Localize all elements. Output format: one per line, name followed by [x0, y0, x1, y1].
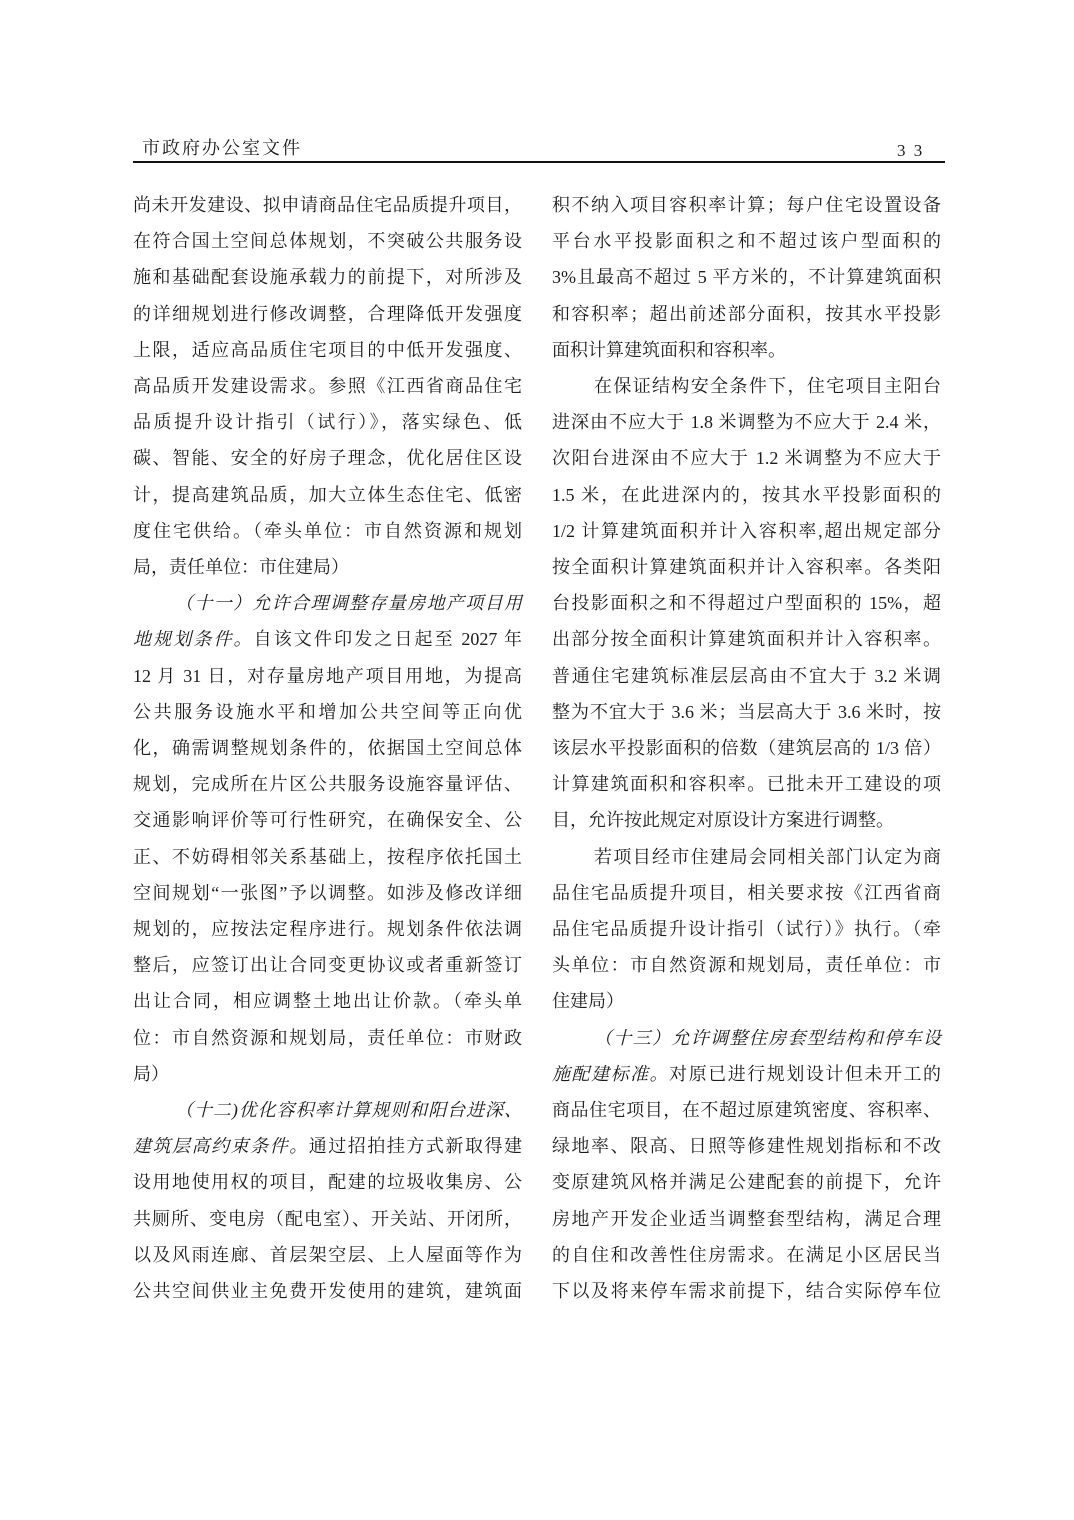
text-line: 品住宅品质提升项目，相关要求按《江西省商	[552, 875, 941, 911]
text-line: 建筑层高约束条件。通过招拍挂方式新取得建	[133, 1128, 522, 1164]
body-text: 位：市自然资源和规划局，责任单位：市财政	[133, 1028, 522, 1048]
text-line: 在保证结构安全条件下，住宅项目主阳台	[552, 368, 941, 404]
text-line: 面积计算建筑面积和容积率。	[552, 332, 941, 368]
document-page: 市政府办公室文件 3 3 尚未开发建设、拟申请商品住宅品质提升项目，在符合国土空…	[0, 0, 1074, 1520]
text-line: 整为不宜大于 3.6 米；当层高大于 3.6 米时，按	[552, 694, 941, 730]
text-line: 施和基础配套设施承载力的前提下，对所涉及	[133, 259, 522, 295]
body-text: 尚未开发建设、拟申请商品住宅品质提升项目，	[133, 195, 522, 215]
text-line: 出让合同，相应调整土地出让价款。（牵头单	[133, 983, 522, 1019]
body-text: 化，确需调整规划条件的，依据国土空间总体	[133, 738, 522, 758]
text-line: 施配建标准。对原已进行规划设计但未开工的	[552, 1056, 941, 1092]
body-text: 1/2 计算建筑面积并计入容积率,超出规定部分	[552, 521, 941, 541]
text-line: 品住宅品质提升设计指引（试行）》执行。（牵	[552, 911, 941, 947]
body-text: 品住宅品质提升设计指引（试行）》执行。（牵	[552, 919, 941, 939]
text-line: 住建局）	[552, 983, 941, 1019]
body-text: 对原已进行规划设计但未开工的	[669, 1064, 941, 1084]
body-text: 台投影面积之和不得超过户型面积的 15%，超	[552, 593, 941, 613]
text-line: 碳、智能、安全的好房子理念，优化居住区设	[133, 440, 522, 476]
body-text: 3%且最高不超过 5 平方米的，不计算建筑面积	[552, 267, 941, 287]
text-line: 品质提升设计指引（试行）》，落实绿色、低	[133, 404, 522, 440]
section-heading-text: 地规划条件。	[133, 629, 254, 649]
body-text: 设用地使用权的项目，配建的垃圾收集房、公	[133, 1172, 522, 1192]
text-line: 商品住宅项目，在不超过原建筑密度、容积率、	[552, 1092, 941, 1128]
text-line: 绿地率、限高、日照等修建性规划指标和不改	[552, 1128, 941, 1164]
text-line: 规划，完成所在片区公共服务设施容量评估、	[133, 766, 522, 802]
body-text: 的自住和改善性住房需求。在满足小区居民当	[552, 1245, 941, 1265]
body-text: 共厕所、变电房（配电室）、开关站、开闭所，	[133, 1209, 522, 1229]
body-text: 品质提升设计指引（试行）》，落实绿色、低	[133, 412, 522, 432]
body-text: 在保证结构安全条件下，住宅项目主阳台	[594, 376, 941, 396]
text-line: 交通影响评价等可行性研究，在确保安全、公	[133, 802, 522, 838]
section-heading-text: （十一）允许合理调整存量房地产项目用	[175, 593, 522, 613]
text-line: 规划的，应按法定程序进行。规划条件依法调	[133, 911, 522, 947]
body-text: 出让合同，相应调整土地出让价款。（牵头单	[133, 991, 522, 1011]
text-line: 设用地使用权的项目，配建的垃圾收集房、公	[133, 1164, 522, 1200]
text-line: 目，允许按此规定对原设计方案进行调整。	[552, 802, 941, 838]
text-line: 的自住和改善性住房需求。在满足小区居民当	[552, 1237, 941, 1273]
text-line: 1.5 米，在此进深内的，按其水平投影面积的	[552, 477, 941, 513]
body-text: 正、不妨碍相邻关系基础上，按程序依托国土	[133, 847, 522, 867]
text-line: 公共服务设施水平和增加公共空间等正向优	[133, 694, 522, 730]
section-heading-text: （十二)优化容积率计算规则和阳台进深、	[175, 1100, 522, 1120]
body-text: 整后，应签订出让合同变更协议或者重新签订	[133, 955, 522, 975]
text-line: 房地产开发企业适当调整套型结构，满足合理	[552, 1201, 941, 1237]
body-text: 次阳台进深由不应大于 1.2 米调整为不应大于	[552, 448, 941, 468]
body-text: 变原建筑风格并满足公建配套的前提下，允许	[552, 1172, 941, 1192]
text-line: （十一）允许合理调整存量房地产项目用	[133, 585, 522, 621]
body-text: 以及风雨连廊、首层架空层、上人屋面等作为	[133, 1245, 522, 1265]
section-heading-text: （十三）允许调整住房套型结构和停车设	[594, 1028, 941, 1048]
body-text: 按全面积计算建筑面积并计入容积率。各类阳	[552, 557, 941, 577]
body-text: 计算建筑面积和容积率。已批未开工建设的项	[552, 774, 941, 794]
text-line: 化，确需调整规划条件的，依据国土空间总体	[133, 730, 522, 766]
header-title: 市政府办公室文件	[142, 134, 302, 160]
text-line: 以及风雨连廊、首层架空层、上人屋面等作为	[133, 1237, 522, 1273]
text-line: 3%且最高不超过 5 平方米的，不计算建筑面积	[552, 259, 941, 295]
text-line: 平台水平投影面积之和不超过该户型面积的	[552, 223, 941, 259]
text-line: 位：市自然资源和规划局，责任单位：市财政	[133, 1020, 522, 1056]
body-text: 该层水平投影面积的倍数（建筑层高的 1/3 倍）	[552, 738, 941, 758]
body-text: 商品住宅项目，在不超过原建筑密度、容积率、	[552, 1100, 941, 1120]
body-text: 进深由不应大于 1.8 米调整为不应大于 2.4 米，	[552, 412, 941, 432]
body-text: 品住宅品质提升项目，相关要求按《江西省商	[552, 883, 941, 903]
page-number: 3 3	[897, 141, 924, 161]
text-line: 局，责任单位：市住建局）	[133, 549, 522, 585]
body-text: 平台水平投影面积之和不超过该户型面积的	[552, 231, 941, 251]
body-text: 在符合国土空间总体规划，不突破公共服务设	[133, 231, 522, 251]
text-line: （十二)优化容积率计算规则和阳台进深、	[133, 1092, 522, 1128]
body-text: 公共服务设施水平和增加公共空间等正向优	[133, 702, 522, 722]
body-text: 空间规划“一张图”予以调整。如涉及修改详细	[133, 883, 522, 903]
text-line: 共厕所、变电房（配电室）、开关站、开闭所，	[133, 1201, 522, 1237]
text-line: 头单位：市自然资源和规划局，责任单位：市	[552, 947, 941, 983]
body-text: 公共空间供业主免费开发使用的建筑，建筑面	[133, 1281, 522, 1301]
text-line: 度住宅供给。（牵头单位：市自然资源和规划	[133, 513, 522, 549]
body-text: 局，责任单位：市住建局）	[133, 557, 349, 577]
body-text: 规划的，应按法定程序进行。规划条件依法调	[133, 919, 522, 939]
text-line: 出部分按全面积计算建筑面积并计入容积率。	[552, 621, 941, 657]
body-text: 交通影响评价等可行性研究，在确保安全、公	[133, 810, 522, 830]
body-text: 住建局）	[552, 991, 624, 1011]
text-line: 变原建筑风格并满足公建配套的前提下，允许	[552, 1164, 941, 1200]
text-line: 空间规划“一张图”予以调整。如涉及修改详细	[133, 875, 522, 911]
text-line: 台投影面积之和不得超过户型面积的 15%，超	[552, 585, 941, 621]
text-line: 按全面积计算建筑面积并计入容积率。各类阳	[552, 549, 941, 585]
text-line: 整后，应签订出让合同变更协议或者重新签订	[133, 947, 522, 983]
body-text: 1.5 米，在此进深内的，按其水平投影面积的	[552, 485, 941, 505]
body-text: 整为不宜大于 3.6 米；当层高大于 3.6 米时，按	[552, 702, 941, 722]
left-column: 尚未开发建设、拟申请商品住宅品质提升项目，在符合国土空间总体规划，不突破公共服务…	[133, 187, 522, 1309]
body-text: 的详细规划进行修改调整，合理降低开发强度	[133, 304, 522, 324]
body-text: 目，允许按此规定对原设计方案进行调整。	[552, 810, 894, 830]
text-line: 计算建筑面积和容积率。已批未开工建设的项	[552, 766, 941, 802]
text-line: 在符合国土空间总体规划，不突破公共服务设	[133, 223, 522, 259]
text-line: 次阳台进深由不应大于 1.2 米调整为不应大于	[552, 440, 941, 476]
text-line: 和容积率；超出前述部分面积，按其水平投影	[552, 296, 941, 332]
body-text: 和容积率；超出前述部分面积，按其水平投影	[552, 304, 941, 324]
body-text: 若项目经市住建局会同相关部门认定为商	[594, 847, 941, 867]
body-text: 规划，完成所在片区公共服务设施容量评估、	[133, 774, 522, 794]
body-text: 面积计算建筑面积和容积率。	[552, 340, 786, 360]
text-line: 的详细规划进行修改调整，合理降低开发强度	[133, 296, 522, 332]
body-text: 12 月 31 日，对存量房地产项目用地，为提高	[133, 666, 522, 686]
body-text: 局）	[133, 1064, 169, 1084]
section-heading-text: 建筑层高约束条件。	[133, 1136, 309, 1156]
right-column: 积不纳入项目容积率计算；每户住宅设置设备平台水平投影面积之和不超过该户型面积的3…	[552, 187, 941, 1309]
text-line: 12 月 31 日，对存量房地产项目用地，为提高	[133, 658, 522, 694]
body-text: 通过招拍挂方式新取得建	[309, 1136, 522, 1156]
body-text: 头单位：市自然资源和规划局，责任单位：市	[552, 955, 941, 975]
section-heading-text: 施配建标准。	[552, 1064, 669, 1084]
body-text: 上限，适应高品质住宅项目的中低开发强度、	[133, 340, 522, 360]
text-line: 局）	[133, 1056, 522, 1092]
body-text: 计，提高建筑品质，加大立体生态住宅、低密	[133, 485, 522, 505]
text-line: 普通住宅建筑标准层层高由不宜大于 3.2 米调	[552, 658, 941, 694]
body-text: 碳、智能、安全的好房子理念，优化居住区设	[133, 448, 522, 468]
text-line: 该层水平投影面积的倍数（建筑层高的 1/3 倍）	[552, 730, 941, 766]
body-text: 高品质开发建设需求。参照《江西省商品住宅	[133, 376, 522, 396]
body-text: 自该文件印发之日起至 2027 年	[254, 629, 522, 649]
text-line: 若项目经市住建局会同相关部门认定为商	[552, 839, 941, 875]
body-text: 出部分按全面积计算建筑面积并计入容积率。	[552, 629, 941, 649]
text-line: 尚未开发建设、拟申请商品住宅品质提升项目，	[133, 187, 522, 223]
text-line: 上限，适应高品质住宅项目的中低开发强度、	[133, 332, 522, 368]
body-text: 绿地率、限高、日照等修建性规划指标和不改	[552, 1136, 941, 1156]
text-line: 公共空间供业主免费开发使用的建筑，建筑面	[133, 1273, 522, 1309]
text-line: （十三）允许调整住房套型结构和停车设	[552, 1020, 941, 1056]
body-text: 施和基础配套设施承载力的前提下，对所涉及	[133, 267, 522, 287]
body-text: 房地产开发企业适当调整套型结构，满足合理	[552, 1209, 941, 1229]
header-rule	[133, 161, 945, 163]
body-text: 下以及将来停车需求前提下，结合实际停车位	[552, 1281, 941, 1301]
body-text: 度住宅供给。（牵头单位：市自然资源和规划	[133, 521, 522, 541]
text-line: 进深由不应大于 1.8 米调整为不应大于 2.4 米，	[552, 404, 941, 440]
body-text: 普通住宅建筑标准层层高由不宜大于 3.2 米调	[552, 666, 941, 686]
text-line: 下以及将来停车需求前提下，结合实际停车位	[552, 1273, 941, 1309]
text-line: 高品质开发建设需求。参照《江西省商品住宅	[133, 368, 522, 404]
text-line: 积不纳入项目容积率计算；每户住宅设置设备	[552, 187, 941, 223]
body-text: 积不纳入项目容积率计算；每户住宅设置设备	[552, 195, 941, 215]
text-line: 计，提高建筑品质，加大立体生态住宅、低密	[133, 477, 522, 513]
text-line: 1/2 计算建筑面积并计入容积率,超出规定部分	[552, 513, 941, 549]
text-line: 地规划条件。自该文件印发之日起至 2027 年	[133, 621, 522, 657]
text-line: 正、不妨碍相邻关系基础上，按程序依托国土	[133, 839, 522, 875]
